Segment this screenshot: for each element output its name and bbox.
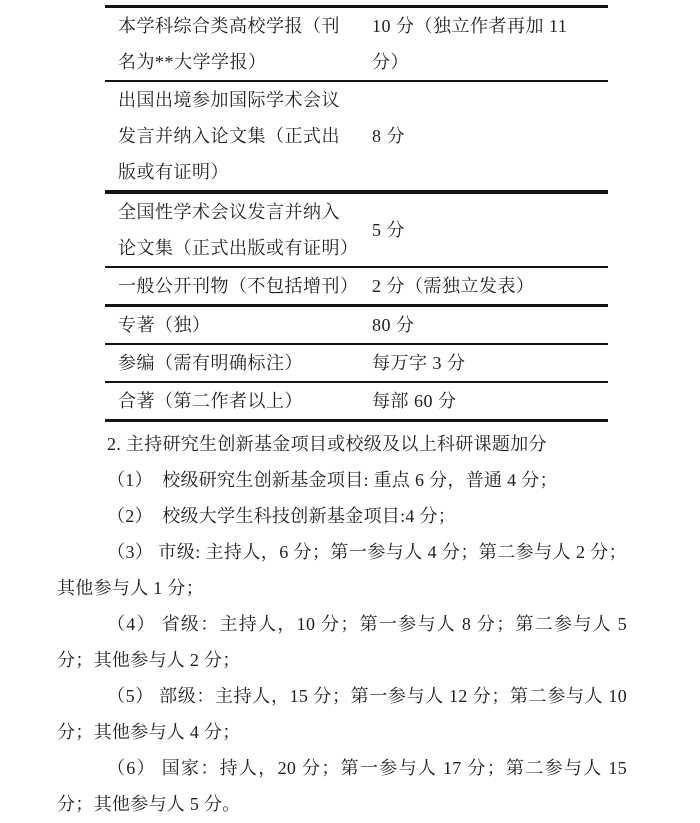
table-row: 参编（需有明确标注） 每万字 3 分 xyxy=(105,344,608,382)
item-cell: 全国性学术会议发言并纳入 论文集（正式出版或有证明） xyxy=(105,192,370,267)
list-item: （2） 校级大学生科技创新基金项目:4 分； xyxy=(57,498,627,534)
list-item: （4） 省级：主持人，10 分；第一参与人 8 分；第二参与人 5 分；其他参与… xyxy=(57,606,627,678)
item-cell: 出国出境参加国际学术会议 发言并纳入论文集（正式出 版或有证明） xyxy=(105,81,370,192)
score-cell: 5 分 xyxy=(370,192,608,267)
score-cell: 2 分（需独立发表） xyxy=(370,267,608,306)
section-body: 2. 主持研究生创新基金项目或校级及以上科研课题加分 （1） 校级研究生创新基金… xyxy=(57,426,627,822)
list-item: （1） 校级研究生创新基金项目: 重点 6 分，普通 4 分； xyxy=(57,462,627,498)
table-row: 合著（第二作者以上） 每部 60 分 xyxy=(105,382,608,421)
score-cell: 10 分（独立作者再加 11 分） xyxy=(370,7,608,82)
table-row: 出国出境参加国际学术会议 发言并纳入论文集（正式出 版或有证明） 8 分 xyxy=(105,81,608,192)
score-cell: 8 分 xyxy=(370,81,608,192)
score-table-body: 本学科综合类高校学报（刊 名为**大学学报） 10 分（独立作者再加 11 分）… xyxy=(105,7,608,421)
score-table: 本学科综合类高校学报（刊 名为**大学学报） 10 分（独立作者再加 11 分）… xyxy=(105,5,608,422)
score-cell: 每万字 3 分 xyxy=(370,344,608,382)
list-item: （6） 国家：持人，20 分；第一参与人 17 分；第二参与人 15 分；其他参… xyxy=(57,750,627,822)
table-row: 一般公开刊物（不包括增刊） 2 分（需独立发表） xyxy=(105,267,608,306)
table-row: 全国性学术会议发言并纳入 论文集（正式出版或有证明） 5 分 xyxy=(105,192,608,267)
item-list: （1） 校级研究生创新基金项目: 重点 6 分，普通 4 分； （2） 校级大学… xyxy=(57,462,627,822)
item-cell: 参编（需有明确标注） xyxy=(105,344,370,382)
score-cell: 每部 60 分 xyxy=(370,382,608,421)
list-item: （5） 部级：主持人，15 分；第一参与人 12 分；第二参与人 10 分；其他… xyxy=(57,678,627,750)
list-item: （3） 市级: 主持人，6 分；第一参与人 4 分；第二参与人 2 分；其他参与… xyxy=(57,534,627,606)
item-cell: 本学科综合类高校学报（刊 名为**大学学报） xyxy=(105,7,370,82)
document-page: 本学科综合类高校学报（刊 名为**大学学报） 10 分（独立作者再加 11 分）… xyxy=(0,0,700,823)
item-cell: 专著（独） xyxy=(105,306,370,345)
score-cell: 80 分 xyxy=(370,306,608,345)
item-cell: 合著（第二作者以上） xyxy=(105,382,370,421)
table-row: 专著（独） 80 分 xyxy=(105,306,608,345)
table-row: 本学科综合类高校学报（刊 名为**大学学报） 10 分（独立作者再加 11 分） xyxy=(105,7,608,82)
item-cell: 一般公开刊物（不包括增刊） xyxy=(105,267,370,306)
section-heading: 2. 主持研究生创新基金项目或校级及以上科研课题加分 xyxy=(57,426,627,462)
